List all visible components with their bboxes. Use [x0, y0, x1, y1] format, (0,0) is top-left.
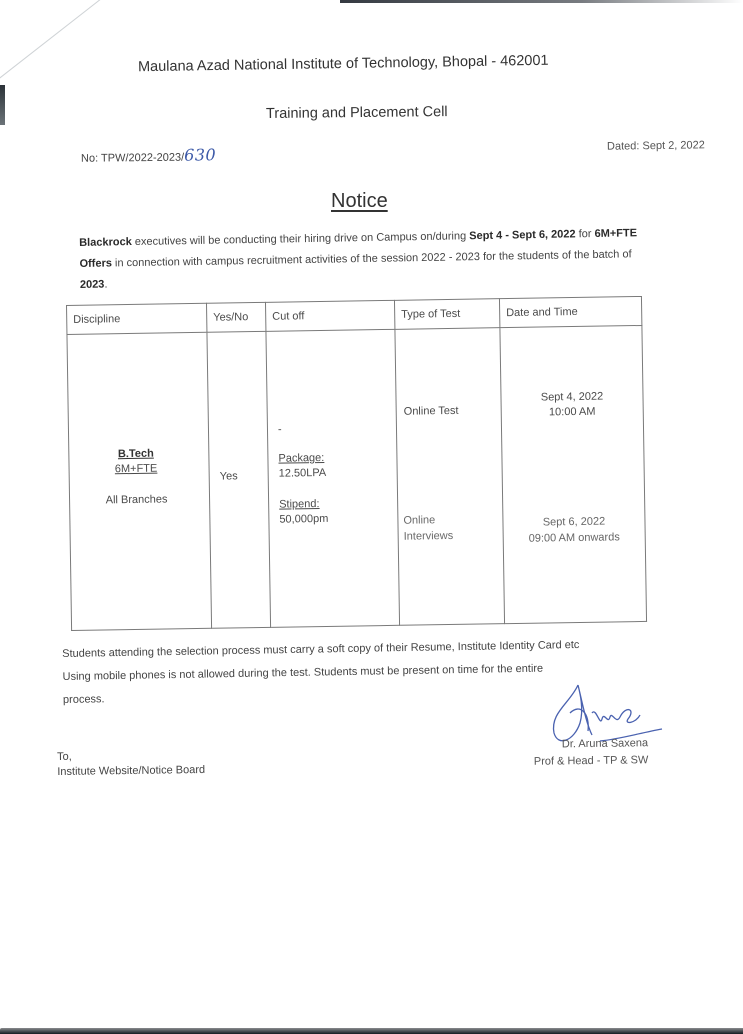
offer-type: 6M+FTE	[69, 461, 202, 478]
discipline-group: B.Tech 6M+FTE All Branches	[69, 446, 203, 509]
reference-number: No: TPW/2022-2023/630	[81, 145, 216, 165]
intro-text: .	[104, 279, 107, 291]
stipend-label: Stipend:	[279, 497, 328, 513]
reference-handwritten-number: 630	[184, 145, 216, 164]
test-1-schedule: Sept 4, 2022 10:00 AM	[501, 389, 642, 421]
institute-name: Maulana Azad National Institute of Techn…	[138, 53, 549, 75]
intro-text: executives will be conducting their hiri…	[132, 230, 470, 248]
header-date-and-time: Date and Time	[499, 296, 641, 327]
test-type-line: Interviews	[404, 528, 454, 545]
stipend-group: Stipend: 50,000pm	[279, 497, 328, 528]
discipline-cell: B.Tech 6M+FTE All Branches	[67, 332, 212, 630]
signatory-title: Prof & Head - TP & SW	[518, 752, 648, 771]
test-2-schedule: Sept 6, 2022 09:00 AM onwards	[503, 513, 644, 547]
drive-dates: Sept 4 - Sept 6, 2022	[469, 228, 576, 242]
yes-no-cell: Yes	[207, 331, 271, 628]
recipient-block: To, Institute Website/Notice Board	[57, 748, 205, 780]
cutoff-value: -	[278, 424, 282, 436]
date-time-cell: Sept 4, 2022 10:00 AM Sept 6, 2022 09:00…	[500, 325, 647, 623]
signatory-name: Dr. Aruna Saxena	[518, 735, 648, 754]
intro-text: for	[575, 228, 594, 240]
recipient: Institute Website/Notice Board	[57, 763, 205, 780]
package-group: Package: 12.50LPA	[278, 451, 326, 482]
test-type-line: Online	[403, 512, 453, 529]
batch-year: 2023	[80, 279, 105, 291]
cut-off-cell: - Package: 12.50LPA Stipend: 50,000pm	[266, 329, 400, 627]
department-name: Training and Placement Cell	[266, 104, 448, 122]
package-value: 12.50LPA	[279, 466, 327, 482]
stipend-value: 50,000pm	[279, 512, 328, 528]
header-cut-off: Cut off	[265, 300, 394, 331]
notice-document: Maulana Azad National Institute of Techn…	[0, 0, 743, 1034]
test-type-online-interviews: Online Interviews	[403, 512, 453, 545]
table-row: B.Tech 6M+FTE All Branches Yes - Package…	[67, 325, 647, 630]
test-1-time: 10:00 AM	[502, 404, 643, 421]
notice-heading: Notice	[331, 190, 388, 213]
schedule-table: Discipline Yes/No Cut off Type of Test D…	[66, 296, 647, 631]
header-type-of-test: Type of Test	[394, 299, 499, 330]
intro-paragraph: Blackrock executives will be conducting …	[79, 223, 660, 296]
type-of-test-cell: Online Test Online Interviews	[395, 328, 505, 626]
header-yes-no: Yes/No	[206, 302, 265, 332]
photo-edge-bottom	[0, 1028, 743, 1034]
intro-text: in connection with campus recruitment ac…	[112, 248, 632, 269]
test-type-online-test: Online Test	[404, 405, 459, 418]
branches: All Branches	[70, 492, 203, 509]
yes-no-value: Yes	[220, 470, 238, 482]
notice-date: Dated: Sept 2, 2022	[607, 139, 705, 152]
signatory-block: Dr. Aruna Saxena Prof & Head - TP & SW	[518, 735, 648, 771]
company-name: Blackrock	[79, 236, 132, 249]
test-2-time: 09:00 AM onwards	[504, 529, 645, 547]
header-discipline: Discipline	[67, 303, 207, 334]
reference-prefix: No: TPW/2022-2023/	[81, 152, 184, 165]
package-label: Package:	[278, 451, 326, 467]
